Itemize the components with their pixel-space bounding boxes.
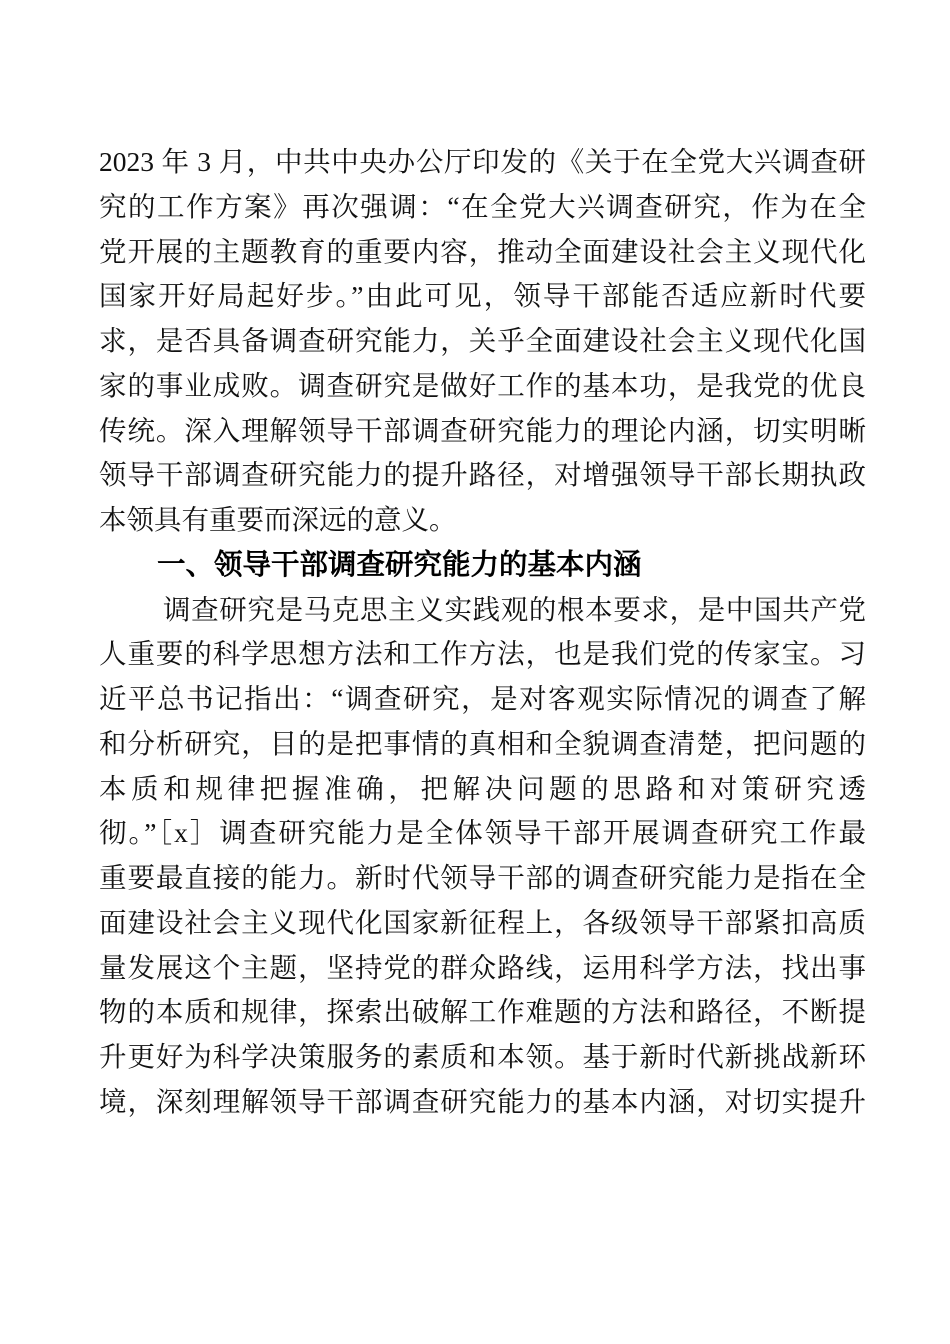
document-page: 2023 年 3 月，中共中央办公厅印发的《关于在全党大兴调查研究的工作方案》再… bbox=[0, 0, 950, 1344]
text-line: 2023 年 3 月，中共中央办公厅印发的《关于在全党大兴调查研 bbox=[99, 140, 866, 185]
text-line: 重要最直接的能力。新时代领导干部的调查研究能力是指在全 bbox=[99, 856, 866, 901]
text-line: 党开展的主题教育的重要内容，推动全面建设社会主义现代化 bbox=[99, 230, 866, 275]
heading-text: 一、领导干部调查研究能力的基本内涵 bbox=[99, 543, 866, 588]
text-line: 调查研究是马克思主义实践观的根本要求，是中国共产党 bbox=[99, 588, 866, 633]
paragraph: 2023 年 3 月，中共中央办公厅印发的《关于在全党大兴调查研究的工作方案》再… bbox=[99, 140, 866, 543]
text-line: 境，深刻理解领导干部调查研究能力的基本内涵，对切实提升 bbox=[99, 1080, 866, 1125]
text-line: 面建设社会主义现代化国家新征程上，各级领导干部紧扣高质 bbox=[99, 901, 866, 946]
text-line: 升更好为科学决策服务的素质和本领。基于新时代新挑战新环 bbox=[99, 1035, 866, 1080]
text-line: 本领具有重要而深远的意义。 bbox=[99, 498, 866, 543]
paragraph: 调查研究是马克思主义实践观的根本要求，是中国共产党人重要的科学思想方法和工作方法… bbox=[99, 588, 866, 1125]
text-line: 近平总书记指出：“调查研究，是对客观实际情况的调查了解 bbox=[99, 677, 866, 722]
text-line: 物的本质和规律，探索出破解工作难题的方法和路径，不断提 bbox=[99, 990, 866, 1035]
text-line: 究的工作方案》再次强调：“在全党大兴调查研究，作为在全 bbox=[99, 185, 866, 230]
text-line: 国家开好局起好步。”由此可见，领导干部能否适应新时代要 bbox=[99, 274, 866, 319]
text-line: 彻。”［x］调查研究能力是全体领导干部开展调查研究工作最 bbox=[99, 811, 866, 856]
section-heading: 一、领导干部调查研究能力的基本内涵 bbox=[99, 543, 866, 588]
document-content: 2023 年 3 月，中共中央办公厅印发的《关于在全党大兴调查研究的工作方案》再… bbox=[99, 140, 866, 1125]
text-line: 人重要的科学思想方法和工作方法，也是我们党的传家宝。习 bbox=[99, 632, 866, 677]
text-line: 求，是否具备调查研究能力，关乎全面建设社会主义现代化国 bbox=[99, 319, 866, 364]
text-line: 领导干部调查研究能力的提升路径，对增强领导干部长期执政 bbox=[99, 453, 866, 498]
text-line: 量发展这个主题，坚持党的群众路线，运用科学方法，找出事 bbox=[99, 946, 866, 991]
text-line: 家的事业成败。调查研究是做好工作的基本功，是我党的优良 bbox=[99, 364, 866, 409]
text-line: 和分析研究，目的是把事情的真相和全貌调查清楚，把问题的 bbox=[99, 722, 866, 767]
text-line: 本质和规律把握准确，把解决问题的思路和对策研究透 bbox=[99, 767, 866, 812]
text-line: 传统。深入理解领导干部调查研究能力的理论内涵，切实明晰 bbox=[99, 409, 866, 454]
